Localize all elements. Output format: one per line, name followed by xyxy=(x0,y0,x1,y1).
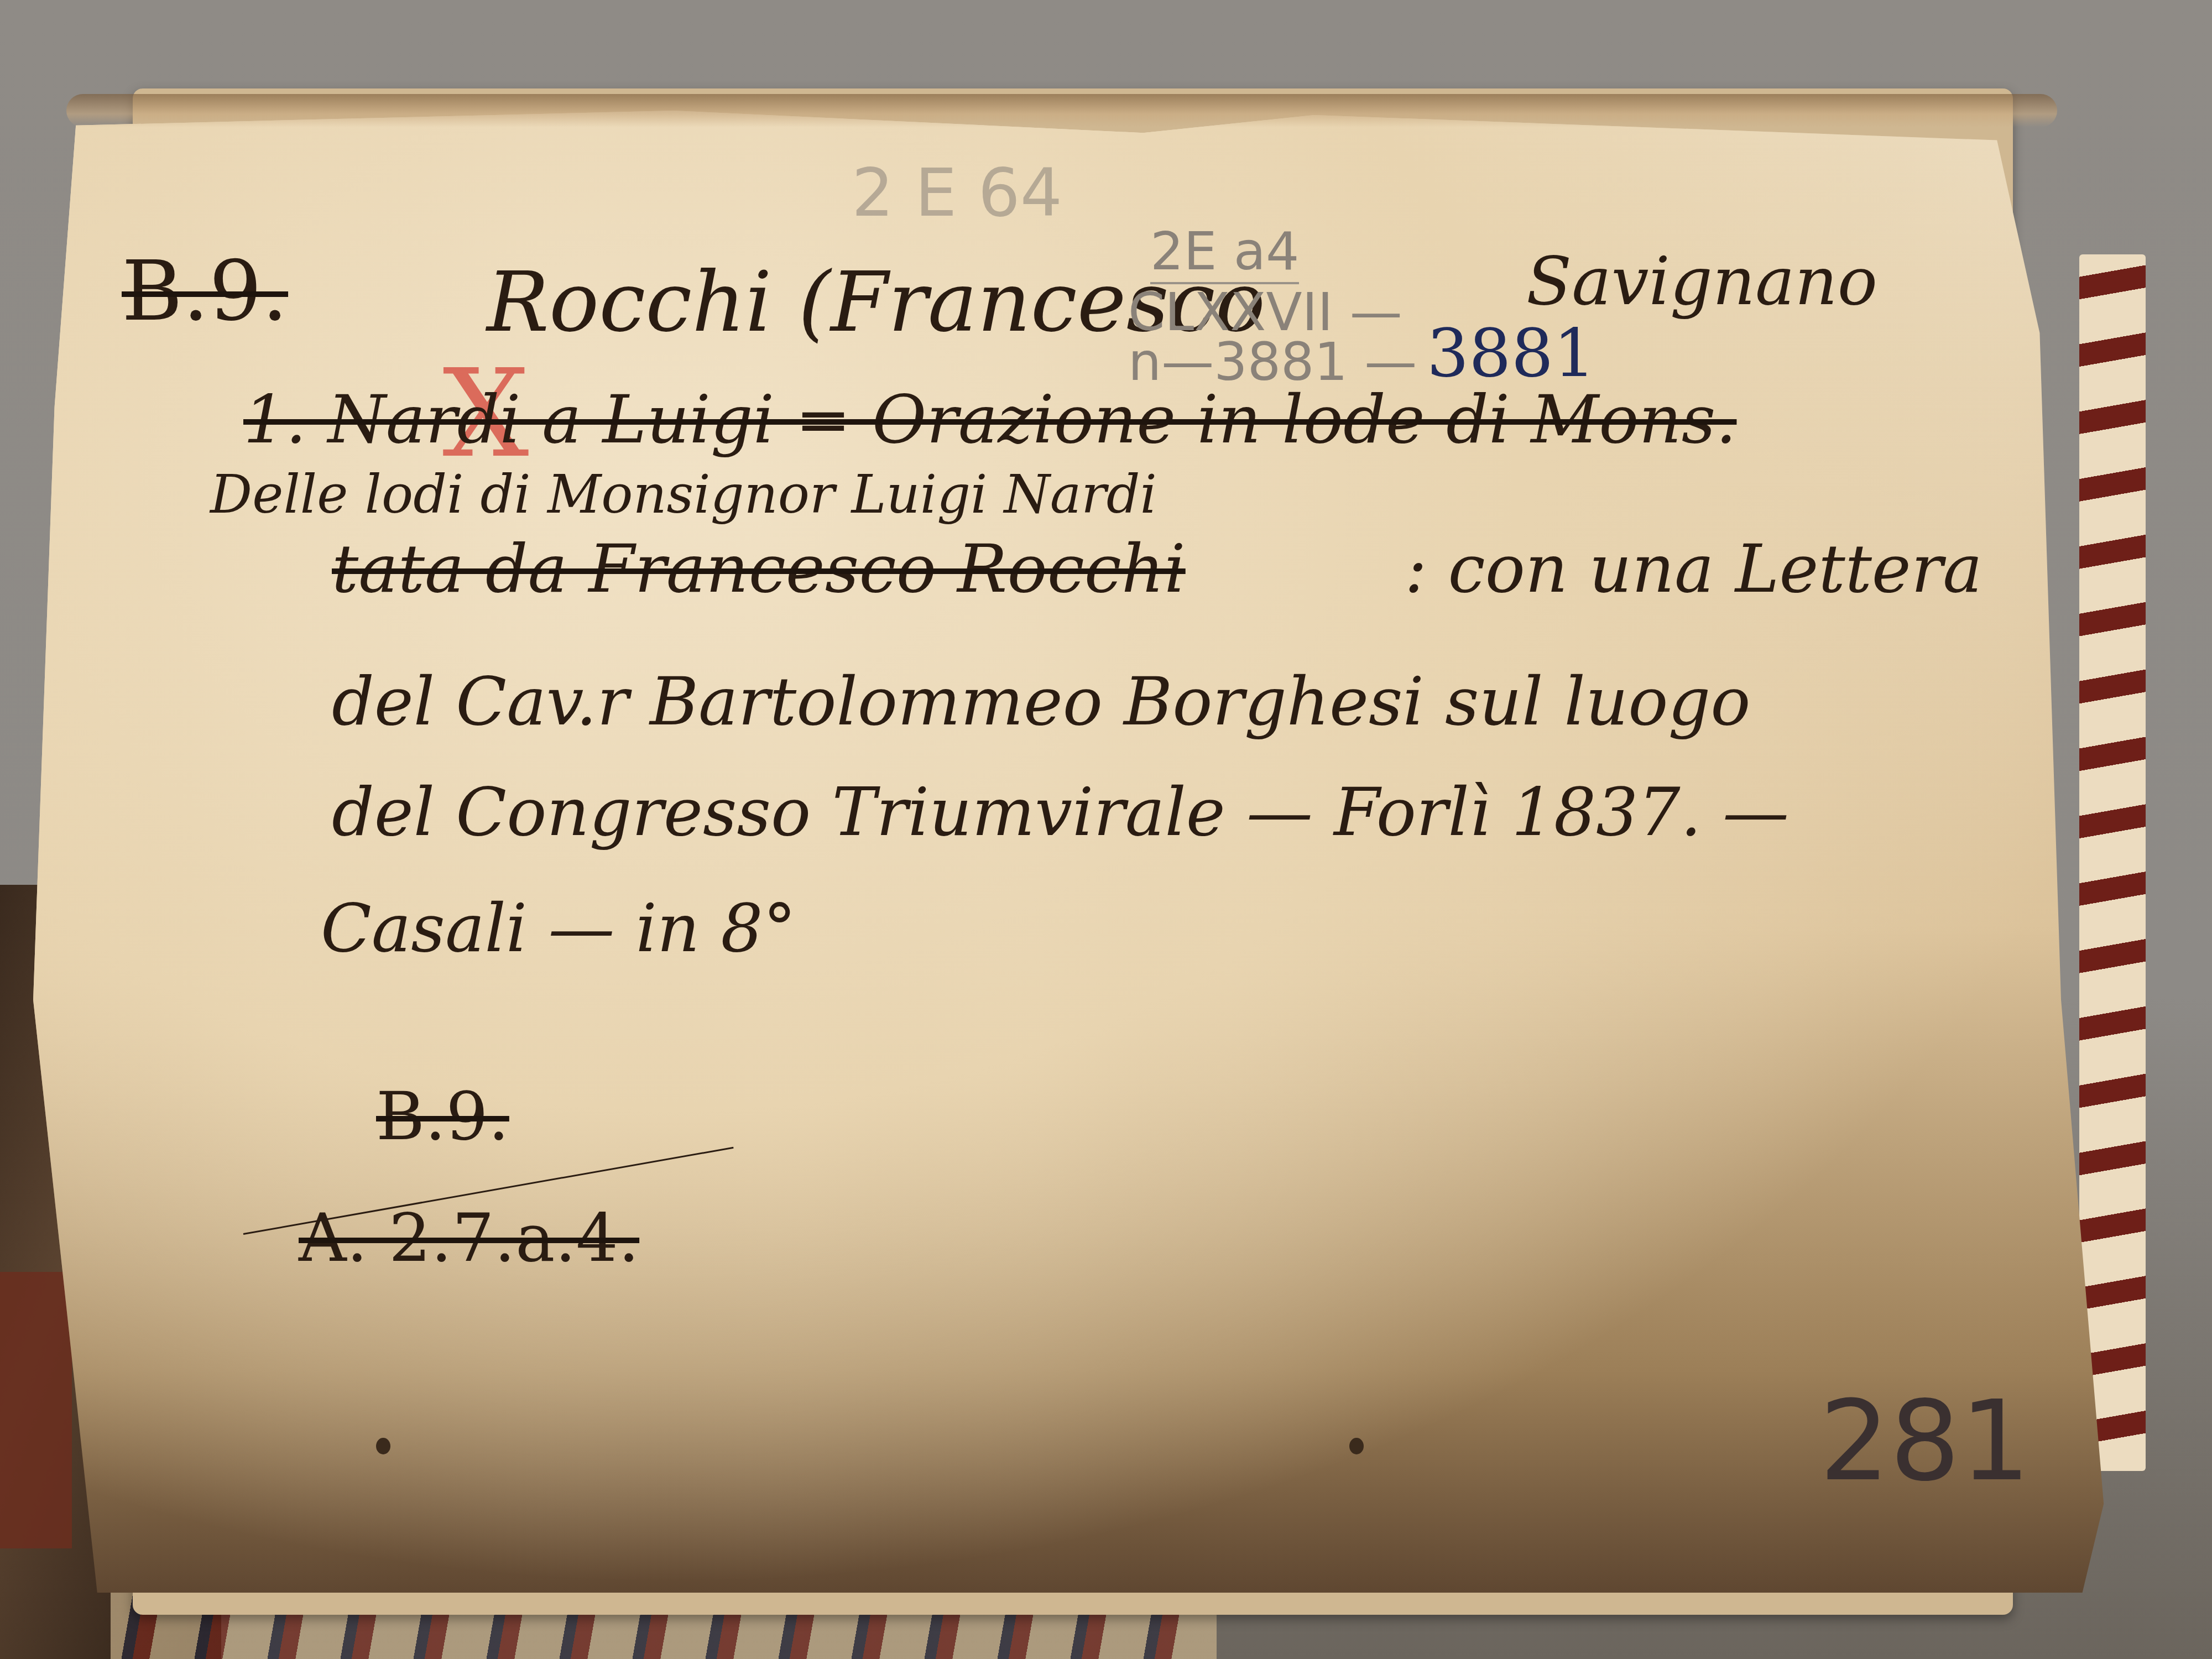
struck-mark-bottom-2: A. 2.7.a.4. xyxy=(299,1200,639,1277)
binding-hole-left xyxy=(376,1438,390,1454)
entry-line-2: Delle lodi di Monsignor Luigi Nardi xyxy=(210,465,1157,525)
entry-line-7: Casali — in 8° xyxy=(321,890,796,967)
binding-hole-right xyxy=(1349,1438,1364,1454)
struck-mark-bottom-1: B.9. xyxy=(376,1078,509,1155)
shelfmark-pencil-box: 2E a4 xyxy=(1150,221,1299,284)
entry-line-5: del Cav.r Bartolommeo Borghesi sul luogo xyxy=(332,664,1750,740)
struck-shelfmark-top-left: B.9. xyxy=(122,243,288,340)
shelfmark-number-blue: 3881 xyxy=(1427,315,1595,392)
entry-line-6: del Congresso Triumvirale — Forlì 1837. … xyxy=(332,774,1789,851)
slip-worn-top-edge xyxy=(66,94,2057,127)
entry-line-1-struck: 1. Nardi a Luigi = Orazione in lode di M… xyxy=(243,382,1736,458)
entry-line-3-struck: tata da Francesco Rocchi xyxy=(332,531,1186,608)
faint-shelfmark-top: 2 E 64 xyxy=(852,155,1062,232)
marbled-binding-right xyxy=(2079,254,2146,1471)
entry-line-4: : con una Lettera xyxy=(1405,531,1983,608)
place-heading: Savignano xyxy=(1526,243,1877,320)
book-cover-red-left xyxy=(0,1272,72,1548)
page-number: 281 xyxy=(1819,1377,2031,1506)
